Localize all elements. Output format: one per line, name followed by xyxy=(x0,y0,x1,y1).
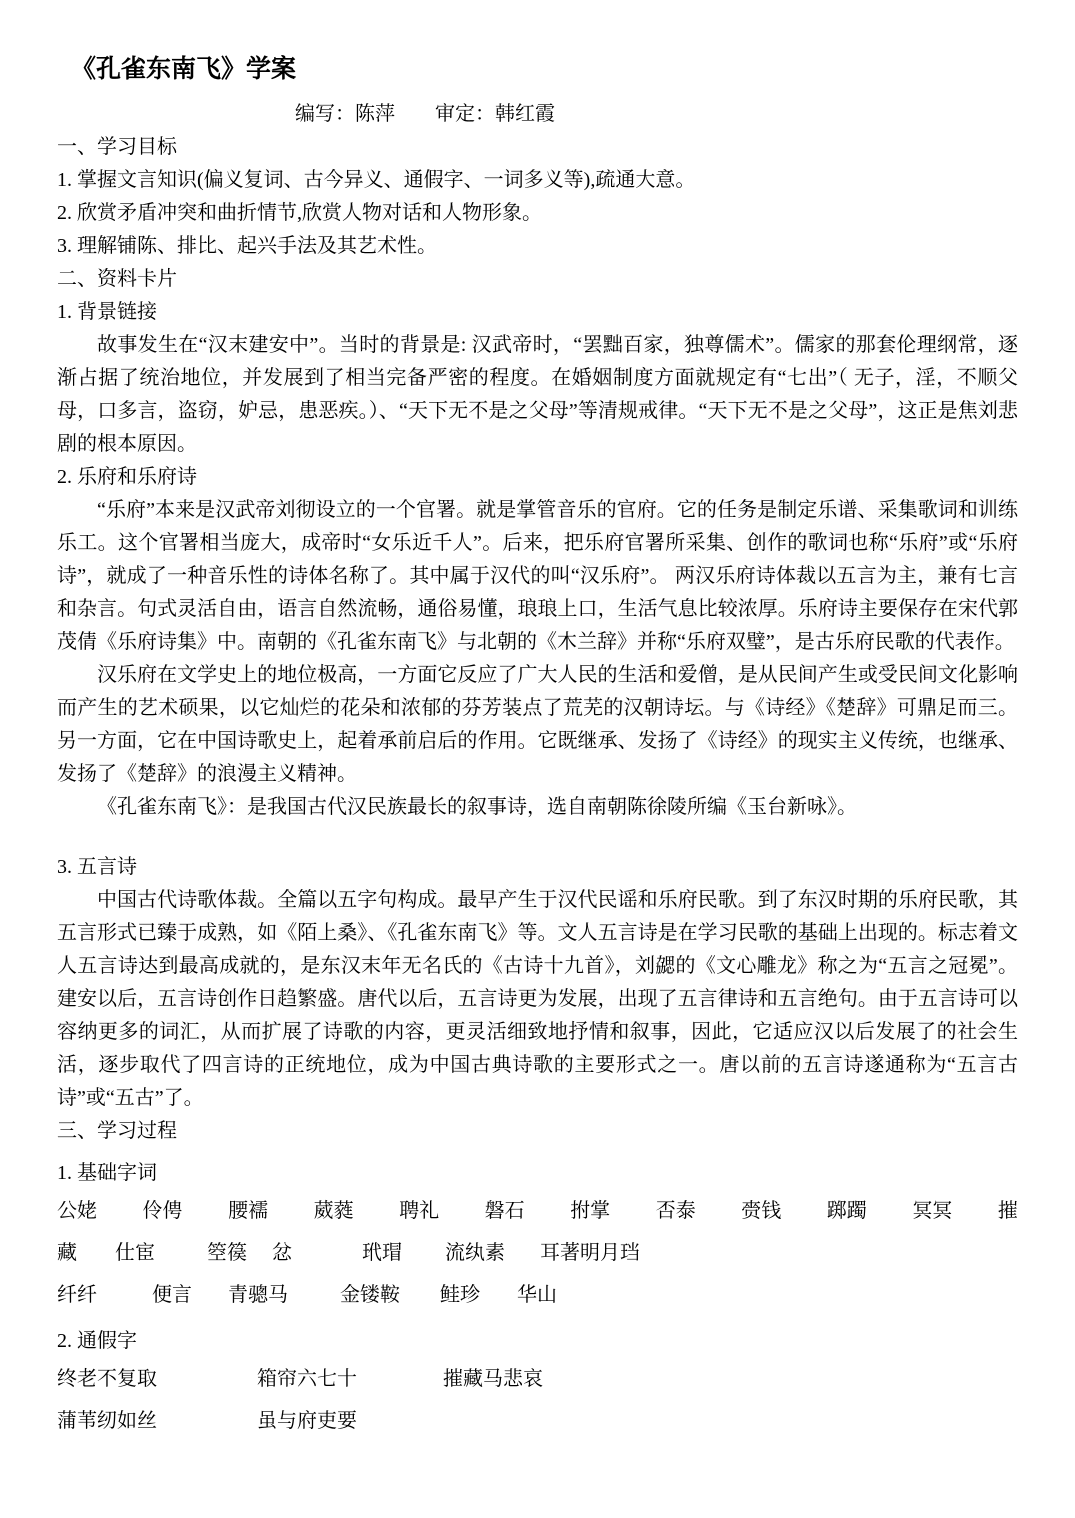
phrase-item: 箱帘六七十 xyxy=(257,1358,438,1400)
yuefu-paragraph-1: “乐府”本来是汉武帝刘彻设立的一个官署。就是掌管音乐的官府。它的任务是制定乐谱、… xyxy=(57,494,1018,659)
word-item: 公姥 xyxy=(57,1190,97,1232)
word-item: 冥冥 xyxy=(912,1190,952,1232)
word-item: 葳蕤 xyxy=(314,1190,354,1232)
word-item: 赍钱 xyxy=(741,1190,781,1232)
tongjiazi-row-2: 蒲苇纫如丝 虽与府吏要 xyxy=(57,1400,1018,1442)
heading-basic-words: 1. 基础字词 xyxy=(57,1157,1018,1190)
word-item: 鲑珍 xyxy=(440,1284,480,1306)
word-item: 华山 xyxy=(517,1284,557,1306)
heading-materials: 二、资料卡片 xyxy=(57,263,1018,296)
phrase-item: 蒲苇纫如丝 xyxy=(57,1400,252,1442)
yuefu-paragraph-2: 汉乐府在文学史上的地位极高，一方面它反应了广大人民的生活和爱僧，是从民间产生或受… xyxy=(57,659,1018,791)
word-item: 拊掌 xyxy=(570,1190,610,1232)
word-item: 仕宦 xyxy=(115,1242,155,1264)
byline: 编写：陈萍 审定：韩红霞 xyxy=(57,98,1018,131)
heading-learning-goals: 一、学习目标 xyxy=(57,131,1018,164)
word-item: 流纨素 xyxy=(445,1242,505,1264)
word-item: 藏 xyxy=(57,1242,77,1264)
word-item: 青骢马 xyxy=(228,1284,288,1306)
word-item: 踯躅 xyxy=(827,1190,867,1232)
tongjiazi-row-1: 终老不复取 箱帘六七十 摧藏马悲哀 xyxy=(57,1358,1018,1400)
goal-item-2: 2. 欣赏矛盾冲突和曲折情节,欣赏人物对话和人物形象。 xyxy=(57,197,1018,230)
word-item: 金镂鞍 xyxy=(340,1284,400,1306)
word-item: 伶俜 xyxy=(143,1190,183,1232)
basic-words-row-1: 公姥 伶俜 腰襦 葳蕤 聘礼 磐石 拊掌 否泰 赍钱 踯躅 冥冥 摧 xyxy=(57,1190,1018,1232)
word-item: 否泰 xyxy=(656,1190,696,1232)
goal-item-1: 1. 掌握文言知识(偏义复词、古今异义、通假字、一词多义等),疏通大意。 xyxy=(57,164,1018,197)
word-item: 摧 xyxy=(998,1190,1018,1232)
document-page: 《孔雀东南飞》学案 编写：陈萍 审定：韩红霞 一、学习目标 1. 掌握文言知识(… xyxy=(0,0,1075,1518)
word-item: 磐石 xyxy=(485,1190,525,1232)
basic-words-row-2: 藏 仕宦 箜篌 忿 玳瑁 流纨素 耳著明月珰 xyxy=(57,1232,1018,1274)
wuyan-paragraph: 中国古代诗歌体裁。全篇以五字句构成。最早产生于汉代民谣和乐府民歌。到了东汉时期的… xyxy=(57,884,1018,1115)
word-item: 便言 xyxy=(152,1284,192,1306)
word-item: 腰襦 xyxy=(228,1190,268,1232)
word-item: 玳瑁 xyxy=(362,1242,402,1264)
word-item: 聘礼 xyxy=(399,1190,439,1232)
word-item: 耳著明月珰 xyxy=(540,1242,640,1264)
background-paragraph: 故事发生在“汉末建安中”。当时的背景是: 汉武帝时，“罢黜百家，独尊儒术”。儒家… xyxy=(57,329,1018,461)
word-item: 箜篌 xyxy=(207,1242,247,1264)
yuefu-paragraph-3: 《孔雀东南飞》：是我国古代汉民族最长的叙事诗，选自南朝陈徐陵所编《玉台新咏》。 xyxy=(57,791,1018,824)
phrase-item: 摧藏马悲哀 xyxy=(443,1358,543,1400)
heading-yuefu: 2. 乐府和乐府诗 xyxy=(57,461,1018,494)
heading-background-link: 1. 背景链接 xyxy=(57,296,1018,329)
phrase-item: 终老不复取 xyxy=(57,1358,252,1400)
heading-learning-process: 三、学习过程 xyxy=(57,1115,1018,1148)
goal-item-3: 3. 理解铺陈、排比、起兴手法及其艺术性。 xyxy=(57,230,1018,263)
page-title: 《孔雀东南飞》学案 xyxy=(71,52,1018,88)
heading-five-character-poetry: 3. 五言诗 xyxy=(57,851,1018,884)
word-item: 纤纤 xyxy=(57,1284,97,1306)
basic-words-row-3: 纤纤 便言 青骢马 金镂鞍 鲑珍 华山 xyxy=(57,1274,1018,1316)
word-item: 忿 xyxy=(272,1242,292,1264)
heading-tongjiazi: 2. 通假字 xyxy=(57,1325,1018,1358)
phrase-item: 虽与府吏要 xyxy=(257,1400,438,1442)
